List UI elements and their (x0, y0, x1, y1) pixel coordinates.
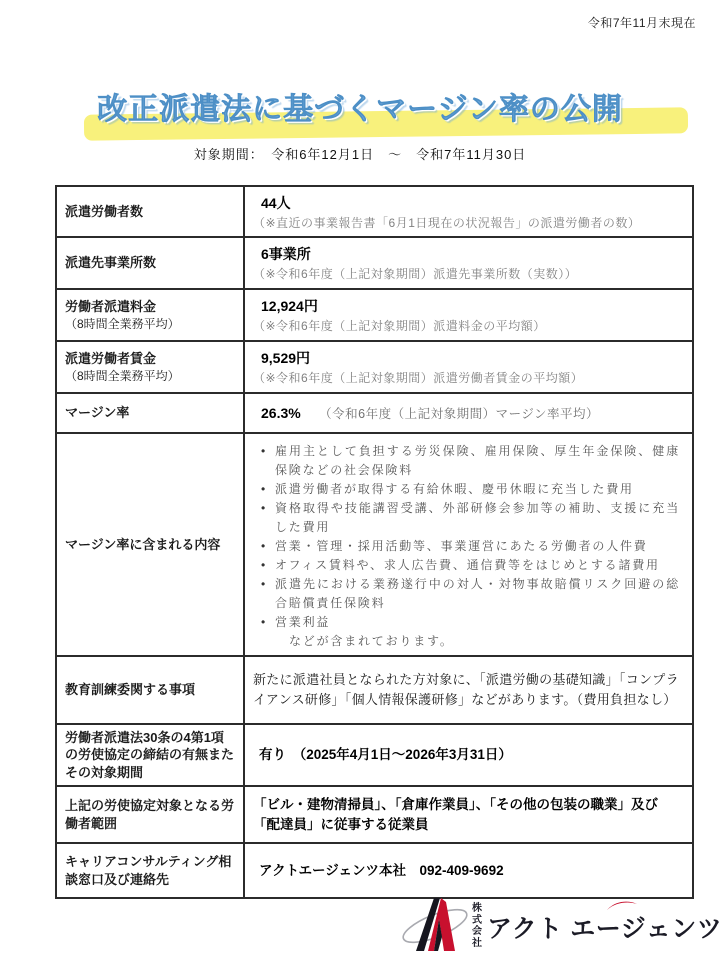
list-footer: などが含まれております。 (289, 632, 684, 651)
row-label-sub: （8時間全業務平均） (65, 316, 235, 332)
worker-wage-average: 9,529円 (261, 350, 310, 366)
page-title: 改正派遣法に基づくマージン率の公開 (97, 84, 623, 128)
table-row: 労働者派遣料金 （8時間全業務平均） 12,924円 （※令和6年度（上記対象期… (56, 289, 693, 341)
dispatch-worker-count: 44人 (261, 195, 291, 211)
career-consulting-contact: アクトエージェンツ本社 092-409-9692 (259, 863, 504, 878)
row-note: （※令和6年度（上記対象期間）派遣労働者賃金の平均額） (253, 369, 684, 386)
list-item: 派遣先における業務遂行中の対人・対物事故賠償リスク回避の総合賠償責任保険料 (261, 575, 680, 613)
table-row: 派遣先事業所数 6事業所 （※令和6年度（上記対象期間）派遣先事業所数（実数）） (56, 237, 693, 289)
row-note: （※直近の事業報告書「6月1日現在の状況報告」の派遣労働者の数） (253, 214, 684, 231)
company-prefix-line2: 会社 (472, 926, 483, 949)
row-label: マージン率に含まれる内容 (56, 433, 244, 656)
dispatch-fee-average: 12,924円 (261, 298, 318, 314)
row-value-cell: 12,924円 （※令和6年度（上記対象期間）派遣料金の平均額） (244, 289, 693, 341)
margin-rate-table: 派遣労働者数 44人 （※直近の事業報告書「6月1日現在の状況報告」の派遣労働者… (55, 185, 694, 899)
margin-rate-value: 26.3% (261, 405, 301, 421)
training-description: 新たに派遣社員となられた方対象に、「派遣労働の基礎知識」「コンプライアンス研修」… (253, 672, 679, 707)
margin-rate-disclosure-document: 令和7年11月末現在 改正派遣法に基づくマージン率の公開 対象期間： 令和6年1… (0, 0, 720, 960)
client-office-count: 6事業所 (261, 246, 311, 262)
covered-worker-scope: 「ビル・建物清掃員」、「倉庫作業員」、「その他の包装の職業」及び「配達員」に従事… (253, 797, 658, 832)
as-of-date: 令和7年11月末現在 (588, 14, 696, 31)
row-label: 上記の労使協定対象となる労働者範囲 (56, 786, 244, 843)
company-prefix-line1: 株式 (472, 903, 483, 926)
row-label: 教育訓練委関する事項 (56, 656, 244, 724)
list-item: 派遣労働者が取得する有給休暇、慶弔休暇に充当した費用 (261, 480, 680, 499)
row-note: （令和6年度（上記対象期間）マージン率平均） (319, 407, 599, 421)
table-row: 労働者派遣法30条の4第1項の労使協定の締結の有無またその対象期間 有り （20… (56, 724, 693, 787)
row-label-sub: （8時間全業務平均） (65, 368, 235, 384)
row-value-cell: 新たに派遣社員となられた方対象に、「派遣労働の基礎知識」「コンプライアンス研修」… (244, 656, 693, 724)
row-value-cell: 44人 （※直近の事業報告書「6月1日現在の状況報告」の派遣労働者の数） (244, 186, 693, 237)
row-value-cell: 6事業所 （※令和6年度（上記対象期間）派遣先事業所数（実数）） (244, 237, 693, 289)
table-row: 教育訓練委関する事項 新たに派遣社員となられた方対象に、「派遣労働の基礎知識」「… (56, 656, 693, 724)
table-row: マージン率に含まれる内容 雇用主として負担する労災保険、雇用保険、厚生年金保険、… (56, 433, 693, 656)
row-label-main: 労働者派遣料金 (65, 299, 156, 314)
list-item: オフィス賃料や、求人広告費、通信費等をはじめとする諸費用 (261, 556, 680, 575)
labor-agreement-status: 有り （2025年4月1日～2026年3月31日） (259, 747, 512, 762)
row-label: 労働者派遣料金 （8時間全業務平均） (56, 289, 244, 341)
table-row: キャリアコンサルティング相談窓口及び連絡先 アクトエージェンツ本社 092-40… (56, 843, 693, 898)
row-value-cell: 26.3% （令和6年度（上記対象期間）マージン率平均） (244, 393, 693, 433)
list-item: 資格取得や技能講習受講、外部研修会参加等の補助、支援に充当した費用 (261, 499, 680, 537)
row-label: マージン率 (56, 393, 244, 433)
list-item: 雇用主として負担する労災保険、雇用保険、厚生年金保険、健康保険などの社会保険料 (261, 442, 680, 480)
row-label: 派遣先事業所数 (56, 237, 244, 289)
row-label: キャリアコンサルティング相談窓口及び連絡先 (56, 843, 244, 898)
company-logo-a-mark-icon (398, 893, 472, 955)
company-prefix: 株式 会社 (472, 903, 483, 949)
row-label: 労働者派遣法30条の4第1項の労使協定の締結の有無またその対象期間 (56, 724, 244, 787)
row-label: 派遣労働者賃金 （8時間全業務平均） (56, 341, 244, 393)
row-label: 派遣労働者数 (56, 186, 244, 237)
list-item: 営業利益 (261, 613, 680, 632)
table-row: 派遣労働者賃金 （8時間全業務平均） 9,529円 （※令和6年度（上記対象期間… (56, 341, 693, 393)
row-value-cell: 「ビル・建物清掃員」、「倉庫作業員」、「その他の包装の職業」及び「配達員」に従事… (244, 786, 693, 843)
margin-contents-list: 雇用主として負担する労災保険、雇用保険、厚生年金保険、健康保険などの社会保険料 … (253, 442, 684, 632)
company-name-text: アクト エージェンツ (487, 915, 720, 943)
table-row: 上記の労使協定対象となる労働者範囲 「ビル・建物清掃員」、「倉庫作業員」、「その… (56, 786, 693, 843)
row-note: （※令和6年度（上記対象期間）派遣料金の平均額） (253, 317, 684, 334)
row-value-cell: アクトエージェンツ本社 092-409-9692 (244, 843, 693, 898)
row-note: （※令和6年度（上記対象期間）派遣先事業所数（実数）） (253, 265, 684, 282)
list-item: 営業・管理・採用活動等、事業運営にあたる労働者の人件費 (261, 537, 680, 556)
row-value-cell: 9,529円 （※令和6年度（上記対象期間）派遣労働者賃金の平均額） (244, 341, 693, 393)
title-wrap: 改正派遣法に基づくマージン率の公開 (0, 84, 720, 128)
company-logo: 株式 会社 アクト エージェンツ (398, 893, 698, 955)
company-name: アクト エージェンツ (487, 909, 720, 945)
table-row: マージン率 26.3% （令和6年度（上記対象期間）マージン率平均） (56, 393, 693, 433)
row-value-cell: 雇用主として負担する労災保険、雇用保険、厚生年金保険、健康保険などの社会保険料 … (244, 433, 693, 656)
row-label-main: 派遣労働者賃金 (65, 351, 156, 366)
logo-swoosh-icon (605, 900, 639, 912)
table-row: 派遣労働者数 44人 （※直近の事業報告書「6月1日現在の状況報告」の派遣労働者… (56, 186, 693, 237)
row-value-cell: 有り （2025年4月1日～2026年3月31日） (244, 724, 693, 787)
target-period: 対象期間： 令和6年12月1日 ～ 令和7年11月30日 (0, 144, 720, 163)
